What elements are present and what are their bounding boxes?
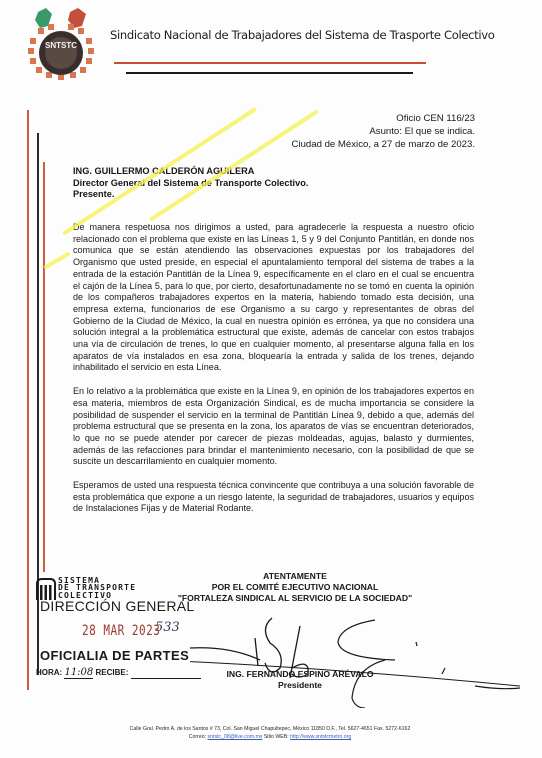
header-red-rule — [114, 62, 426, 64]
body-paragraph: De manera respetuosa nos dirigimos a ust… — [73, 222, 474, 374]
letter-page: SNTSTC Sindicato Nacional de Trabajadore… — [0, 0, 542, 758]
signer-block: ING. FERNANDO ESPINO ARÉVALO Presidente — [200, 669, 400, 691]
signer-name: ING. FERNANDO ESPINO ARÉVALO — [200, 669, 400, 680]
organization-name: Sindicato Nacional de Trabajadores del S… — [110, 28, 495, 42]
letter-footer: Calle Gral. Pedro A. de los Santos # 73,… — [40, 725, 500, 741]
closing-line: POR EL COMITÉ EJECUTIVO NACIONAL — [150, 582, 440, 593]
body-paragraph: Esperamos de usted una respuesta técnica… — [73, 480, 474, 515]
stamp-folio: 533 — [155, 620, 180, 635]
stamp-office: OFICIALIA DE PARTES — [40, 648, 189, 663]
border-line-red-inner — [43, 162, 45, 572]
border-line-red-outer — [27, 110, 29, 690]
body-paragraph: En lo relativo a la problemática que exi… — [73, 386, 474, 468]
reference-block: Oficio CEN 116/23 Asunto: El que se indi… — [292, 112, 475, 151]
header-black-rule — [126, 72, 413, 74]
website-link[interactable]: http://www.sntstcmetro.org — [290, 734, 351, 740]
footer-address: Calle Gral. Pedro A. de los Santos # 73,… — [40, 725, 500, 733]
svg-text:SNTSTC: SNTSTC — [45, 41, 77, 50]
union-logo-icon: SNTSTC — [26, 8, 96, 80]
stamp-department: DIRECCIÓN GENERAL — [40, 598, 194, 614]
stamp-time-row: HORA: 11:08 RECIBE: — [36, 667, 201, 679]
signer-role: Presidente — [200, 680, 400, 691]
highlighter-mark — [43, 251, 71, 269]
place-date: Ciudad de México, a 27 de marzo de 2023. — [292, 138, 475, 151]
addressee-name: ING. GUILLERMO CALDERÓN AGUILERA — [73, 166, 308, 178]
recibe-label: RECIBE: — [96, 668, 129, 677]
handwritten-signature — [190, 608, 520, 708]
oficio-number: Oficio CEN 116/23 — [292, 112, 475, 125]
subject: Asunto: El que se indica. — [292, 125, 475, 138]
stc-metro-logo-icon — [36, 578, 56, 600]
addressee-title: Director General del Sistema de Transpor… — [73, 178, 308, 190]
footer-contact: Correo: sntstc_08@live.com.mx Sitio WEB:… — [40, 733, 500, 741]
closing-line: ATENTAMENTE — [150, 571, 440, 582]
hora-label: HORA: — [36, 668, 62, 677]
stamp-organization: SISTEMA DE TRANSPORTE COLECTIVO — [58, 577, 136, 599]
stamp-date: 28 MAR 2023 — [82, 622, 160, 638]
letter-body: De manera respetuosa nos dirigimos a ust… — [73, 222, 474, 527]
email-link[interactable]: sntstc_08@live.com.mx — [208, 734, 263, 740]
hora-value: 11:08 — [64, 667, 93, 679]
